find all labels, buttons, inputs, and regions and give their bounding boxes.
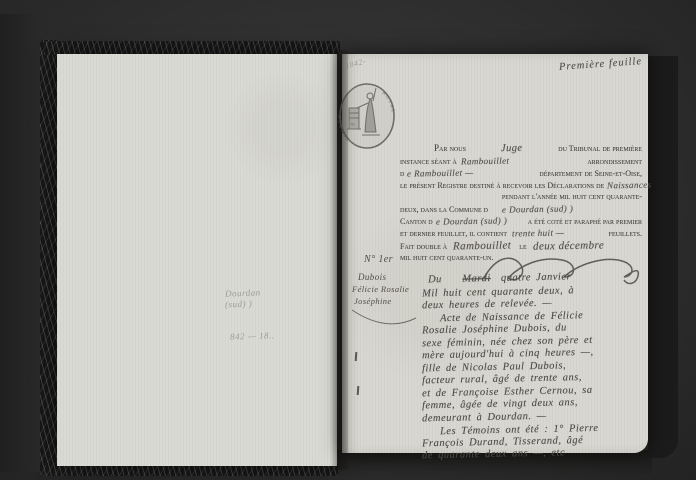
first-sheet-note: Première feuille	[559, 56, 643, 73]
form-printed: pendant l'année mil huit cent quarante-	[502, 192, 642, 201]
act-margin-firstnames-1: Félicie Rosalie	[352, 284, 409, 294]
form-handwritten: Rambouillet	[461, 156, 510, 167]
act-margin-flourish	[350, 306, 420, 332]
act-number: N° 1er	[364, 254, 393, 265]
form-line-1: Par nous Juge du Tribunal de première	[400, 143, 642, 154]
form-line-8: et dernier feuillet, il contient trente …	[400, 228, 642, 238]
form-printed: arrondissement	[587, 157, 642, 166]
form-handwritten: e Dourdan (sud) )	[502, 203, 573, 214]
page-edges-marbling-left	[40, 40, 58, 474]
form-printed: d	[400, 169, 404, 178]
pencil-note-place-line2: (sud) )	[225, 299, 253, 310]
pencil-note-reference: 842 — 18..	[230, 330, 275, 342]
register-photo: Dourdan (sud) ) 842 — 18.. 1842- Premièr…	[0, 0, 696, 480]
book-cover-right-edge	[648, 56, 678, 458]
left-blank-page: Dourdan (sud) ) 842 — 18..	[57, 54, 337, 466]
form-printed: a été coté et paraphé par premier	[528, 217, 642, 226]
right-register-page: 1842- Première feuille TIMBRE	[342, 54, 648, 453]
form-handwritten: e Rambouillet —	[407, 167, 474, 178]
form-printed: le présent Registre destiné à recevoir l…	[400, 181, 604, 190]
act-word: quatre Janvier	[501, 271, 571, 283]
form-handwritten: Naissances	[607, 180, 652, 191]
form-handwritten: trente huit —	[512, 228, 565, 239]
form-printed: et dernier feuillet, il contient	[400, 229, 507, 238]
pencil-note-place-line1: Dourdan	[225, 287, 261, 298]
form-printed: Fait double à	[400, 242, 447, 251]
form-line-2: instance séant à Rambouillet arrondissem…	[400, 156, 642, 166]
form-printed: département de Seine-et-Oise,	[539, 169, 642, 178]
form-printed: feuillets.	[609, 229, 642, 238]
form-line-4: le présent Registre destiné à recevoir l…	[400, 180, 642, 190]
form-printed: deux, dans la Commune d	[400, 205, 488, 214]
form-line-5: pendant l'année mil huit cent quarante-	[400, 192, 642, 201]
form-line-3: d e Rambouillet — département de Seine-e…	[400, 168, 642, 178]
page-edges-marbling-top	[44, 41, 340, 55]
act-word: Du	[428, 274, 442, 285]
stamp-value: 70	[350, 122, 355, 127]
act-margin-surname: Dubois	[358, 272, 386, 282]
act-margin-firstnames-2: Joséphine	[354, 296, 392, 306]
margin-tick	[357, 386, 359, 395]
form-line-6: deux, dans la Commune d e Dourdan (sud) …	[400, 204, 642, 214]
book-gutter-shadow	[330, 50, 348, 470]
form-printed: Canton d	[400, 217, 433, 226]
form-printed: du Tribunal de première	[558, 144, 642, 153]
margin-tick	[355, 352, 357, 361]
form-printed: Par nous	[400, 143, 466, 153]
form-line-7: Canton d e Dourdan (sud) ) a été coté et…	[400, 216, 642, 226]
form-printed: instance séant à	[400, 157, 457, 166]
form-handwritten: e Dourdan (sud) )	[435, 215, 506, 226]
book-cover-left-edge	[0, 14, 44, 472]
act-word-struck: Mardi	[462, 273, 491, 285]
form-handwritten: Juge	[501, 143, 523, 154]
